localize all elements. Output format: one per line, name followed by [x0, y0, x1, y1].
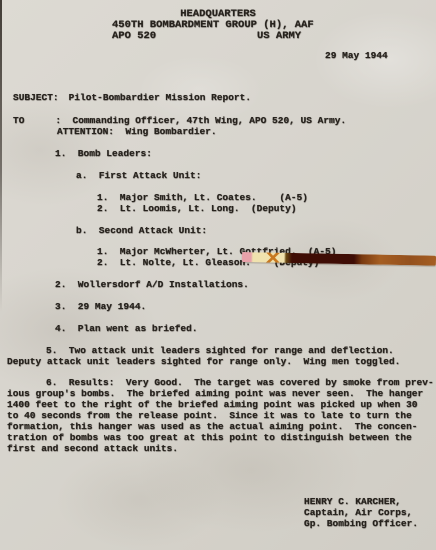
- page-edge-shadow: [0, 0, 2, 312]
- item-6-line-4: to 40 seconds from the release point. Si…: [7, 410, 412, 421]
- item-6-line-7: first and second attack units.: [7, 443, 178, 454]
- to-label: TO: [13, 115, 24, 126]
- signature-name: HENRY C. KARCHER,: [304, 496, 401, 507]
- item-1a-first-attack-unit: a. First Attack Unit:: [76, 170, 201, 181]
- item-6-line-2: ious group's bombs. The briefed aiming p…: [7, 388, 423, 399]
- subject-text: Pilot-Bombardier Mission Report.: [69, 92, 251, 103]
- date-line: 29 May 1944: [325, 50, 388, 61]
- header-branch: US ARMY: [257, 31, 301, 42]
- item-3-date: 3. 29 May 1944.: [55, 301, 146, 312]
- item-6-line-5: formation, this hanger was used as the a…: [7, 421, 417, 432]
- header-apo: APO 520: [112, 31, 156, 42]
- item-5-line-1: 5. Two attack unit leaders sighted for r…: [46, 345, 394, 356]
- item-6-line-1: 6. Results: Very Good. The target was co…: [46, 377, 434, 388]
- item-2-target: 2. Wollersdorf A/D Installations.: [55, 279, 249, 290]
- document-page: HEADQUARTERS 450TH BOMBARDMENT GROUP (H)…: [0, 0, 436, 550]
- subject-line: SUBJECT:Pilot-Bombardier Mission Report.: [13, 92, 251, 103]
- item-1a1-leader: 1. Major Smith, Lt. Coates. (A-5): [97, 192, 308, 203]
- item-6-line-3: 1400 feet to the right of the briefed ai…: [7, 399, 417, 410]
- item-4-plan: 4. Plan went as briefed.: [55, 323, 198, 334]
- item-1-bomb-leaders: 1. Bomb Leaders:: [55, 148, 152, 159]
- signature-title: Gp. Bombing Officer.: [304, 518, 418, 529]
- subject-label: SUBJECT:: [13, 92, 59, 103]
- to-line: TO: Commanding Officer, 47th Wing, APO 5…: [13, 115, 346, 126]
- item-6-line-6: tration of bombs was too great at this p…: [7, 432, 412, 443]
- item-1b-second-attack-unit: b. Second Attack Unit:: [76, 225, 207, 236]
- to-text: : Commanding Officer, 47th Wing, APO 520…: [55, 115, 346, 126]
- signature-rank: Captain, Air Corps,: [304, 507, 412, 518]
- item-5-line-2: Deputy attack unit leaders sighted for r…: [7, 356, 400, 367]
- attention-line: ATTENTION: Wing Bombardier.: [57, 126, 217, 137]
- item-1a2-deputy: 2. Lt. Loomis, Lt. Long. (Deputy): [97, 203, 297, 214]
